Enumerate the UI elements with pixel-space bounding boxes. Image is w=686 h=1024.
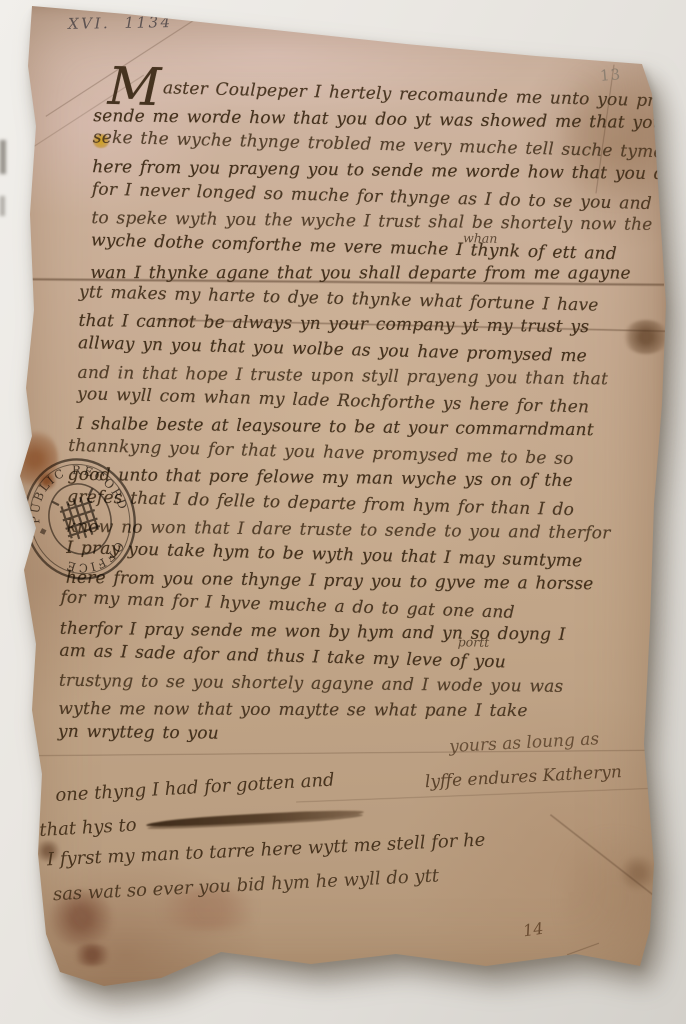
interlinear-insertion: portt — [458, 634, 490, 650]
folio-number-top: 13 — [599, 65, 622, 85]
manuscript-page-shadow: XVI. 1134 13 Master Coulpeper I hertely … — [6, 4, 670, 994]
damp-stain — [70, 944, 114, 966]
postscript-text: that hys to — [39, 814, 137, 840]
backdrop-smudge — [0, 196, 5, 216]
postscript-block: one thyng I had for gotten and that hys … — [35, 746, 662, 914]
portcullis-emblem — [51, 488, 106, 544]
folio-number-bottom: 14 — [522, 919, 545, 941]
x-mark — [567, 942, 600, 956]
archive-reference: XVI. 1134 — [68, 13, 173, 33]
manuscript-page: XVI. 1134 13 Master Coulpeper I hertely … — [6, 4, 670, 994]
interlinear-insertion: whan — [463, 230, 498, 246]
ink-scribble-deletion — [146, 808, 364, 829]
letter-body: Master Coulpeper I hertely recomaunde me… — [56, 76, 648, 754]
stamp-ornament — [40, 528, 47, 535]
photo-backdrop: XVI. 1134 13 Master Coulpeper I hertely … — [0, 0, 686, 1024]
